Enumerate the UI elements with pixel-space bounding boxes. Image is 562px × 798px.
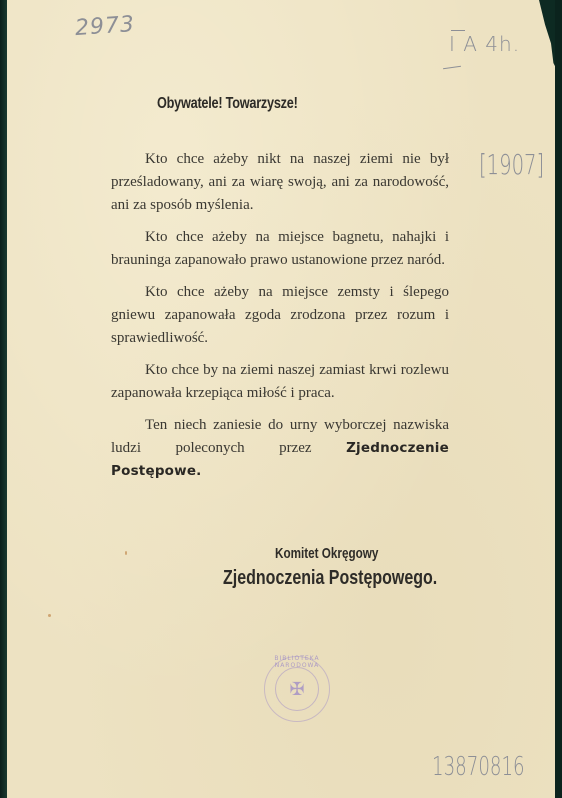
paragraph-1: Kto chce ażeby nikt na naszej ziemi nie …	[111, 148, 449, 217]
document-body: Kto chce ażeby nikt na naszej ziemi nie …	[111, 148, 449, 492]
document-page: 2973 I A 4h. [1907] Obywatele! Towarzysz…	[7, 0, 555, 798]
library-stamp: BIBLIOTEKA NARODOWA ✠	[264, 656, 330, 722]
paragraph-closing: Ten niech zaniesie do urny wyborczej naz…	[111, 414, 449, 483]
scan-border-right	[555, 0, 562, 798]
torn-corner	[527, 0, 557, 70]
eagle-icon: ✠	[275, 667, 319, 711]
scan-border-left	[0, 0, 7, 798]
signoff-committee: Komitet Okręgowy	[275, 545, 378, 562]
catalog-number-annotation: 2973	[74, 12, 136, 41]
paper-speck	[125, 551, 127, 555]
paragraph-4: Kto chce by na ziemi naszej zamiast krwi…	[111, 359, 449, 405]
shelfmark-annotation: I A 4h.	[449, 32, 520, 56]
inventory-number-annotation: 13870816	[432, 752, 525, 782]
document-heading: Obywatele! Towarzysze!	[157, 95, 298, 113]
date-annotation: [1907]	[479, 148, 544, 181]
paper-speck	[48, 614, 51, 617]
paragraph-2: Kto chce ażeby na miejsce bagnetu, nahaj…	[111, 226, 449, 272]
paragraph-3: Kto chce ażeby na miejsce zemsty i ślepe…	[111, 281, 449, 350]
signoff-organization: Zjednoczenia Postępowego.	[223, 567, 437, 590]
